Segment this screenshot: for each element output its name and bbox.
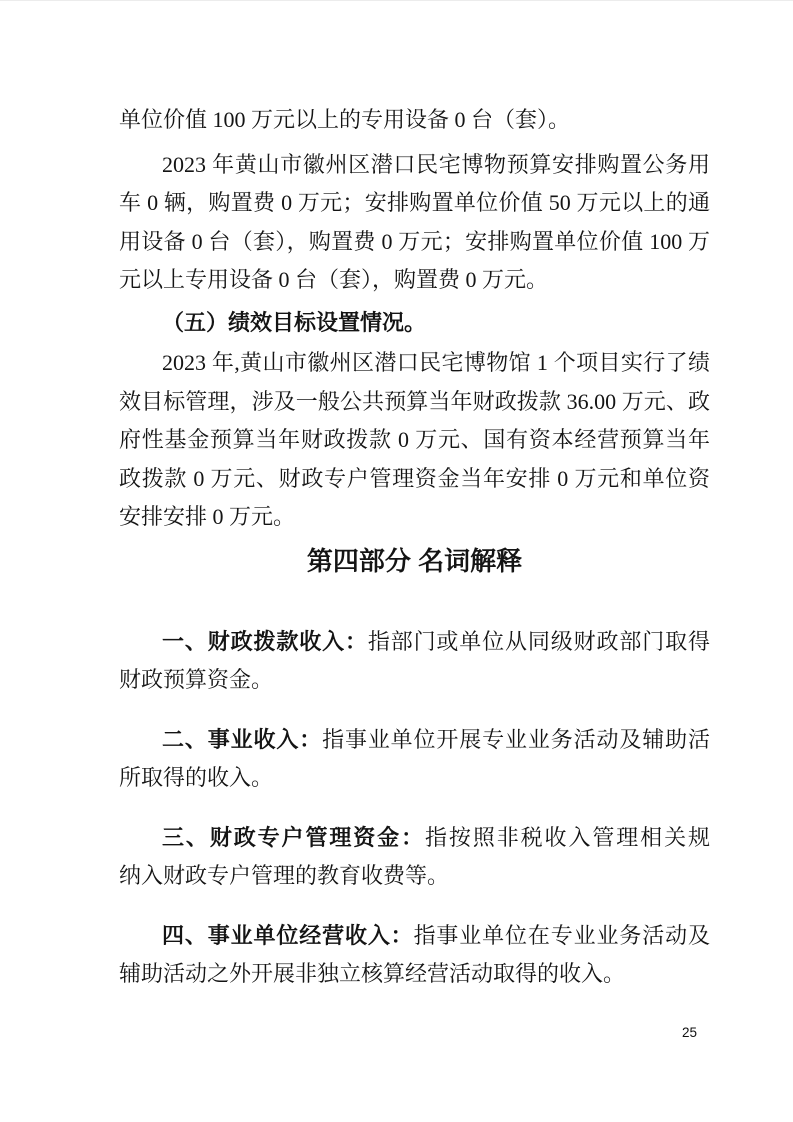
definition-2-term: 二、事业收入：	[162, 727, 322, 752]
definition-3-line-1: 三、财政专户管理资金：指按照非税收入管理相关规定，	[119, 819, 710, 858]
definition-1-term: 一、财政拨款收入：	[162, 629, 368, 654]
definition-4-line-2: 辅助活动之外开展非独立核算经营活动取得的收入。	[119, 955, 710, 994]
procurement-para-line-2: 车 0 辆，购置费 0 万元；安排购置单位价值 50 万元以上的通	[119, 184, 710, 223]
performance-target-heading: （五）绩效目标设置情况。	[119, 304, 710, 343]
section-heading: 第四部分 名词解释	[119, 539, 710, 583]
definition-3-term: 三、财政专户管理资金：	[162, 825, 425, 850]
definition-2-line-1: 二、事业收入：指事业单位开展专业业务活动及辅助活动	[119, 721, 710, 760]
procurement-para-line-3: 用设备 0 台（套），购置费 0 万元；安排购置单位价值 100 万	[119, 223, 710, 262]
document-page: 单位价值 100 万元以上的专用设备 0 台（套）。 2023 年黄山市徽州区潜…	[0, 0, 793, 1122]
procurement-para-line-1: 2023 年黄山市徽州区潜口民宅博物预算安排购置公务用	[119, 146, 710, 185]
definition-2-line-2: 所取得的收入。	[119, 759, 710, 798]
definition-1-line-2: 财政预算资金。	[119, 661, 710, 700]
performance-para-line-2: 效目标管理，涉及一般公共预算当年财政拨款 36.00 万元、政	[119, 383, 710, 422]
document-body: 单位价值 100 万元以上的专用设备 0 台（套）。 2023 年黄山市徽州区潜…	[119, 101, 710, 994]
definition-3-line-2: 纳入财政专户管理的教育收费等。	[119, 857, 710, 896]
definition-4-line-1: 四、事业单位经营收入：指事业单位在专业业务活动及其	[119, 917, 710, 956]
performance-para-line-5: 安排安排 0 万元。	[119, 498, 710, 537]
performance-para-line-1: 2023 年,黄山市徽州区潜口民宅博物馆 1 个项目实行了绩	[119, 344, 710, 383]
definition-4-term: 四、事业单位经营收入：	[162, 923, 414, 948]
performance-para-line-3: 府性基金预算当年财政拨款 0 万元、国有资本经营预算当年财	[119, 421, 710, 460]
carryover-line: 单位价值 100 万元以上的专用设备 0 台（套）。	[119, 101, 710, 140]
performance-para-line-4: 政拨款 0 万元、财政专户管理资金当年安排 0 万元和单位资金	[119, 460, 710, 499]
page-number: 25	[682, 1025, 697, 1041]
definition-1-line-1: 一、财政拨款收入：指部门或单位从同级财政部门取得的	[119, 623, 710, 662]
procurement-para-line-4: 元以上专用设备 0 台（套），购置费 0 万元。	[119, 261, 710, 300]
